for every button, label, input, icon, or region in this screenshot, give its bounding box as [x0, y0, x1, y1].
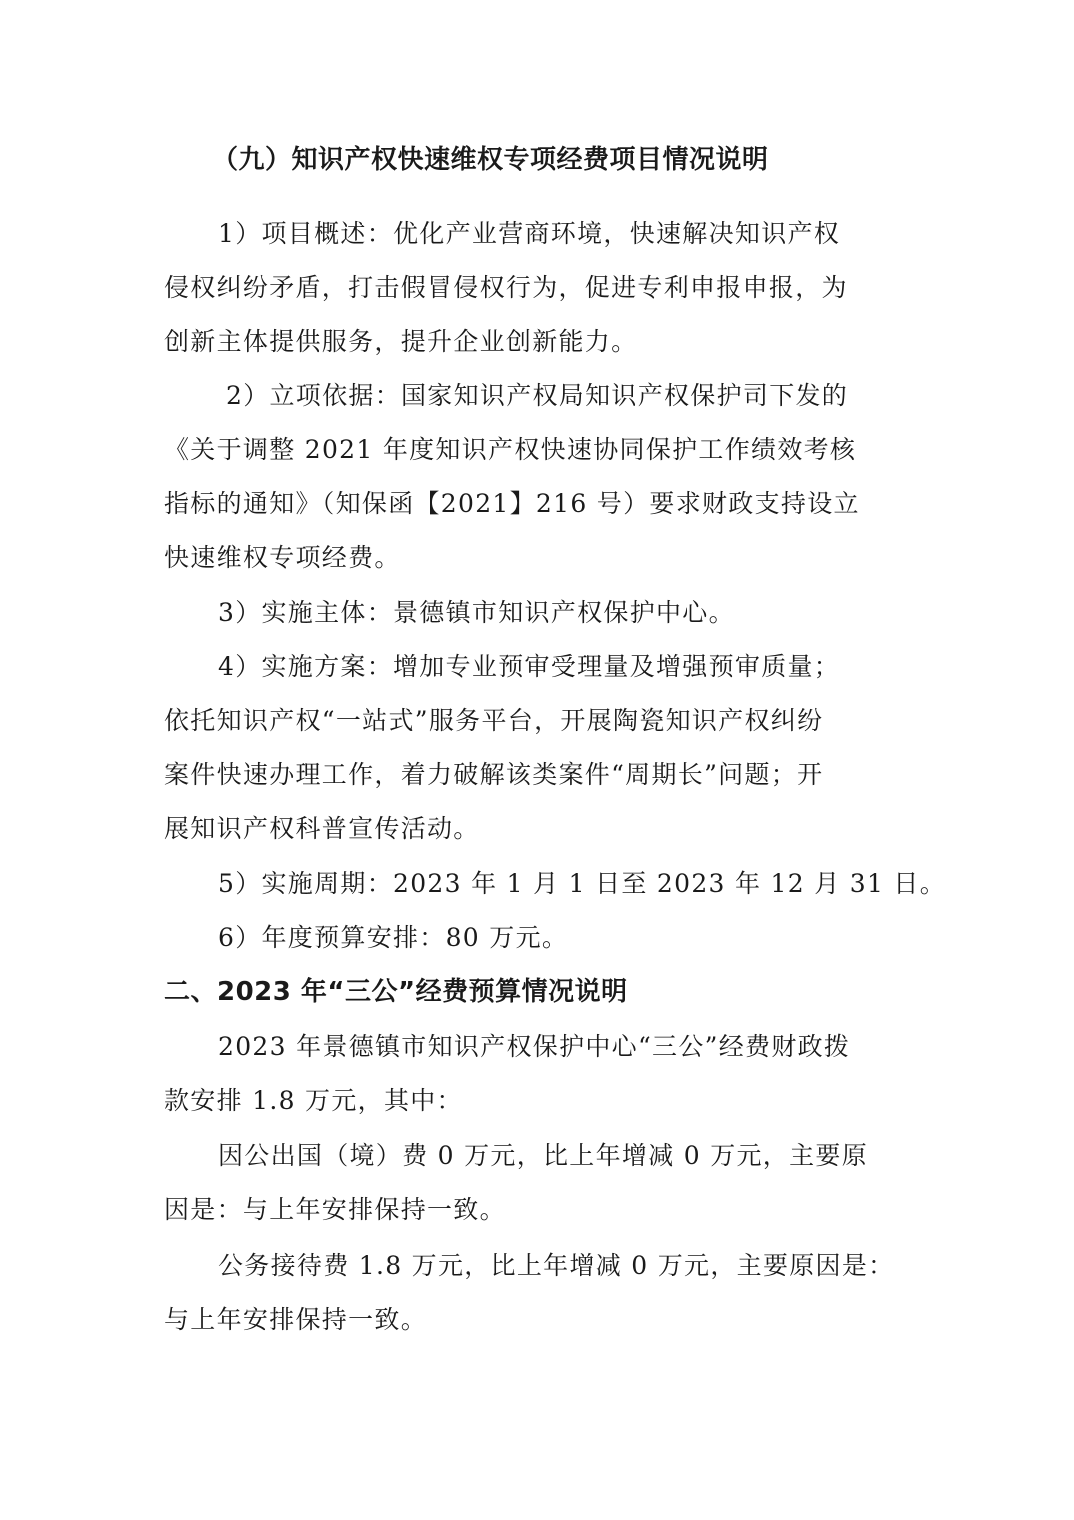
subsection-heading: （九）知识产权快速维权专项经费项目情况说明	[212, 144, 769, 176]
paragraph-line: 指标的通知》（知保函【2021】216 号）要求财政支持设立	[164, 488, 860, 520]
paragraph-line: 公务接待费 1.8 万元，比上年增减 0 万元，主要原因是：	[218, 1250, 894, 1282]
paragraph-line: 创新主体提供服务，提升企业创新能力。	[164, 326, 637, 358]
section-heading: 二、2023 年“三公”经费预算情况说明	[164, 976, 628, 1008]
paragraph-line: 依托知识产权“一站式”服务平台，开展陶瓷知识产权纠纷	[164, 705, 823, 737]
paragraph-line: 3）实施主体：景德镇市知识产权保护中心。	[218, 597, 735, 629]
paragraph-line: 因公出国（境）费 0 万元，比上年增减 0 万元，主要原	[218, 1140, 868, 1172]
paragraph-line: 2）立项依据：国家知识产权局知识产权保护司下发的	[226, 380, 848, 412]
paragraph-line: 案件快速办理工作，着力破解该类案件“周期长”问题；开	[164, 759, 823, 791]
paragraph-line: 快速维权专项经费。	[164, 542, 401, 574]
paragraph-line: 1）项目概述：优化产业营商环境，快速解决知识产权	[218, 218, 840, 250]
paragraph-line: 5）实施周期：2023 年 1 月 1 日至 2023 年 12 月 31 日。	[218, 868, 946, 900]
paragraph-line: 因是：与上年安排保持一致。	[164, 1194, 506, 1226]
paragraph-line: 6）年度预算安排：80 万元。	[218, 922, 568, 954]
paragraph-line: 2023 年景德镇市知识产权保护中心“三公”经费财政拨	[218, 1031, 850, 1063]
paragraph-line: 展知识产权科普宣传活动。	[164, 813, 480, 845]
paragraph-line: 与上年安排保持一致。	[164, 1304, 427, 1336]
document-page: （九）知识产权快速维权专项经费项目情况说明 1）项目概述：优化产业营商环境，快速…	[0, 0, 1074, 1520]
paragraph-line: 款安排 1.8 万元，其中：	[164, 1085, 463, 1117]
paragraph-line: 4）实施方案：增加专业预审受理量及增强预审质量；	[218, 651, 840, 683]
paragraph-line: 侵权纠纷矛盾，打击假冒侵权行为，促进专利申报申报，为	[164, 272, 848, 304]
paragraph-line: 《关于调整 2021 年度知识产权快速协同保护工作绩效考核	[164, 434, 856, 466]
